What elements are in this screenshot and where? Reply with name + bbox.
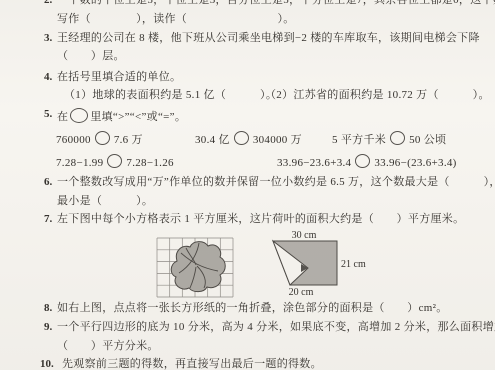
question-8-number: 8.	[44, 302, 52, 315]
question-10-line-1: 先观察前三题的得数，再直接写出最后一题的得数。	[62, 358, 322, 370]
dimension-label-top: 30 cm	[292, 230, 317, 241]
question-9-number: 9.	[44, 321, 52, 334]
question-9-line-1: 一个平行四边形的底为 10 分米，高为 4 分米，如果底不变，高增加 2 分米，…	[57, 321, 495, 334]
dimension-label-bottom: 20 cm	[289, 287, 314, 298]
question-9-line-2: （ ）平方分米。	[57, 340, 159, 353]
question-10-number: 10.	[40, 358, 54, 370]
dimension-label-right: 21 cm	[341, 259, 366, 270]
worksheet-page: 2. 一个数的十位上是5，个位上是3，百分位上是5，十分位上是7，其余各位上都是…	[0, 0, 495, 370]
question-8-line-1: 如右上图，点点将一张长方形纸的一角折叠，涂色部分的面积是（ ）cm²。	[57, 302, 448, 315]
